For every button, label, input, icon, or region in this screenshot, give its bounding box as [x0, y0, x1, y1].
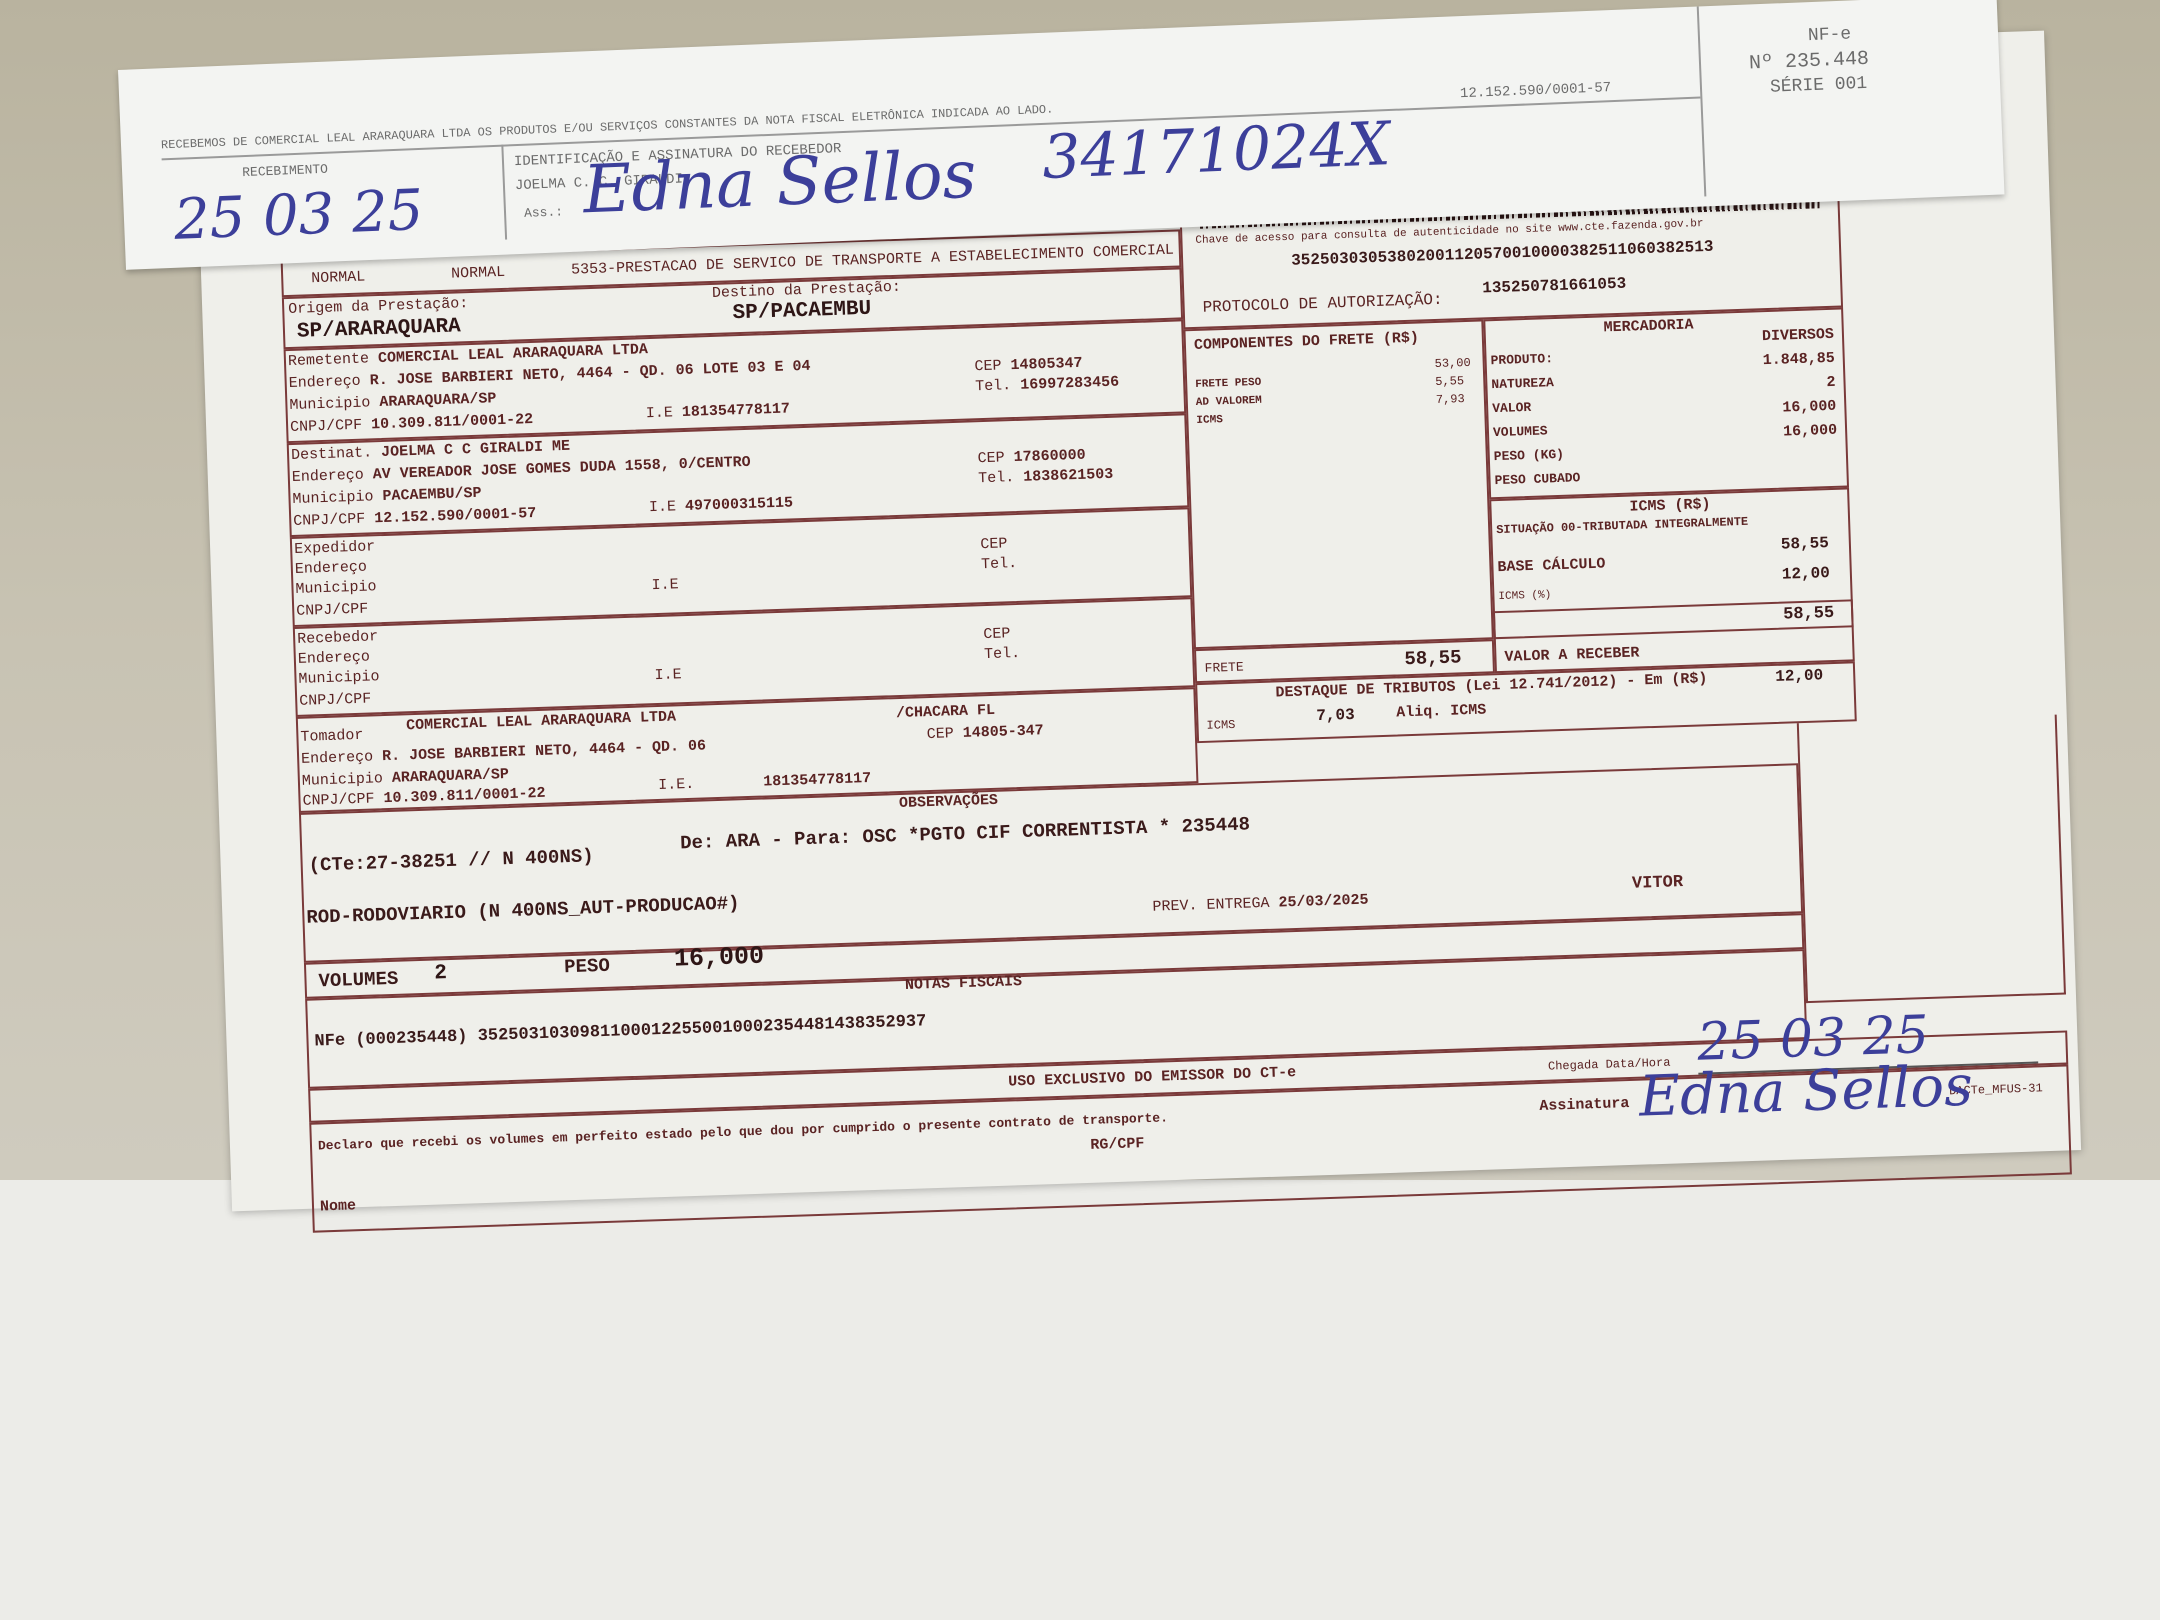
remetente-cnpj-label: CNPJ/CPF [290, 417, 363, 436]
tomador-ie-label: I.E. [658, 776, 695, 794]
tipo-cte: NORMAL [311, 268, 366, 287]
tributos-icms-label: ICMS [1206, 718, 1235, 733]
destinatario-municipio-label: Municipio [292, 488, 374, 508]
recebimento-label: RECEBIMENTO [242, 162, 328, 180]
tomador-label: Tomador [300, 727, 364, 746]
remetente-ie-label: I.E [646, 404, 674, 422]
mercadoria-row-label: PESO CUBADO [1494, 470, 1580, 488]
tomador-endereco-label: Endereço [301, 748, 374, 767]
ass-label: Ass.: [524, 204, 564, 221]
recebedor-municipio-label: Municipio [298, 668, 380, 688]
recebedor-cep-label: CEP [983, 625, 1011, 643]
observacoes-title: OBSERVAÇÕES [899, 792, 999, 812]
remetente-cep: 14805347 [1010, 355, 1083, 374]
peso-label: PESO [564, 955, 610, 979]
tributos-aliq-value: 12,00 [1775, 666, 1824, 686]
mercadoria-row-label: NATUREZA [1491, 375, 1554, 392]
icms-base-label: BASE CÁLCULO [1497, 556, 1606, 577]
valor-receber: 58,55 [1783, 604, 1835, 625]
icms-aliq-value: 12,00 [1782, 564, 1831, 584]
canhoto-cnpj: 12.152.590/0001-57 [1460, 80, 1612, 102]
frete-label: FRETE [1204, 660, 1243, 676]
canhoto-divider-v [501, 145, 507, 240]
icms-base-value: 58,55 [1781, 534, 1830, 554]
mercadoria-row-value: 2 [1826, 374, 1836, 391]
tomador-cep: 14805-347 [962, 722, 1044, 742]
expedidor-endereco-label: Endereço [295, 559, 368, 578]
componente-label: ICMS [1196, 414, 1223, 427]
destinatario-endereco-label: Endereço [292, 467, 365, 486]
recebedor-ie-label: I.E [654, 666, 682, 684]
tipo-servico: NORMAL [451, 264, 506, 283]
frete-total: 58,55 [1404, 646, 1462, 670]
rg-cpf-label: RG/CPF [1090, 1135, 1145, 1154]
destinatario-label: Destinat. [291, 444, 373, 464]
tomador-cnpj-label: CNPJ/CPF [302, 790, 375, 809]
componente-value: 7,93 [1436, 392, 1465, 407]
mercadoria-row-value: 16,000 [1782, 398, 1837, 417]
paper-bottom [0, 1180, 2160, 1620]
destino: SP/PACAEMBU [732, 298, 871, 326]
mercadoria-row-label: VOLUMES [1493, 423, 1548, 440]
destinatario-ie-label: I.E [649, 498, 677, 516]
prev-entrega: 25/03/2025 [1278, 892, 1369, 912]
nfe-serie: SÉRIE 001 [1770, 74, 1868, 98]
right-empty-box [1797, 715, 2066, 1003]
nome-label: Nome [320, 1197, 357, 1215]
recebedor-endereco-label: Endereço [298, 649, 371, 668]
recebedor-cnpj-label: CNPJ/CPF [299, 690, 372, 709]
mercadoria-row-value: 1.848,85 [1762, 350, 1835, 369]
tributos-icms-value: 7,03 [1316, 706, 1355, 725]
mercadoria-row-label: PESO (KG) [1494, 447, 1565, 464]
canhoto-handwritten-note: 34171024X [1041, 109, 1392, 193]
operator-name: VITOR [1632, 873, 1684, 894]
remetente-cep-label: CEP [974, 357, 1002, 375]
destinatario-tel: 1838621503 [1023, 466, 1114, 486]
nfe-label: NF-e [1808, 24, 1852, 46]
remetente-label: Remetente [288, 350, 370, 370]
remetente-endereco-label: Endereço [288, 373, 361, 392]
tomador-municipio-label: Municipio [302, 770, 384, 790]
tomador-cep-label: CEP [926, 725, 954, 743]
recebedor-label: Recebedor [297, 628, 379, 648]
mercadoria-row-value: 16,000 [1783, 422, 1838, 441]
componente-label: FRETE PESO [1195, 377, 1261, 391]
remetente-ie: 181354778117 [682, 400, 791, 421]
remetente-tel-label: Tel. [975, 377, 1012, 395]
signature-handwritten: Edna Sellos [1638, 1054, 1974, 1130]
expedidor-tel-label: Tel. [981, 555, 1018, 573]
remetente-municipio-label: Municipio [289, 394, 371, 414]
canhoto-divider-v2 [1697, 7, 1707, 197]
mercadoria-row-value: DIVERSOS [1762, 326, 1835, 345]
destinatario-ie: 497000315115 [685, 494, 794, 515]
expedidor-cnpj-label: CNPJ/CPF [296, 601, 369, 620]
tomador-ie: 181354778117 [763, 770, 872, 791]
recebedor-tel-label: Tel. [984, 645, 1021, 663]
icms-aliq-label: ICMS (%) [1498, 589, 1551, 603]
componente-value: 53,00 [1434, 356, 1470, 371]
canhoto-signature: Edna Sellos [582, 136, 978, 229]
mercadoria-row-label: PRODUTO: [1490, 351, 1553, 368]
remetente-tel: 16997283456 [1020, 374, 1120, 394]
icms-title: ICMS (R$) [1629, 496, 1711, 516]
destinatario-municipio: PACAEMBU/SP [382, 485, 482, 505]
expedidor-ie-label: I.E [651, 576, 679, 594]
destinatario-cep: 17860000 [1013, 447, 1086, 466]
volumes-value: 2 [434, 962, 447, 985]
tributos-aliq-label: Aliq. ICMS [1396, 702, 1487, 722]
expedidor-label: Expedidor [294, 538, 376, 558]
componente-label: AD VALOREM [1196, 395, 1262, 409]
expedidor-municipio-label: Municipio [295, 578, 377, 598]
componente-value: 5,55 [1435, 374, 1464, 389]
mercadoria-row-label: VALOR [1492, 400, 1531, 416]
volumes-label: VOLUMES [318, 968, 399, 993]
assinatura-label: Assinatura [1539, 1095, 1630, 1115]
canhoto-date-handwritten: 25 03 25 [173, 178, 425, 253]
dacte-form: NORMAL NORMAL 5353-PRESTACAO DE SERVICO … [281, 201, 2061, 1189]
destinatario-cnpj-label: CNPJ/CPF [293, 511, 366, 530]
destinatario-tel-label: Tel. [978, 469, 1015, 487]
expedidor-cep-label: CEP [980, 535, 1008, 553]
peso-value: 16,000 [674, 942, 765, 974]
tomador-bairro: /CHACARA FL [896, 702, 996, 722]
nfe-number: Nº 235.448 [1749, 48, 1870, 76]
mercadoria-title: MERCADORIA [1603, 316, 1694, 336]
destinatario-cep-label: CEP [977, 449, 1005, 467]
